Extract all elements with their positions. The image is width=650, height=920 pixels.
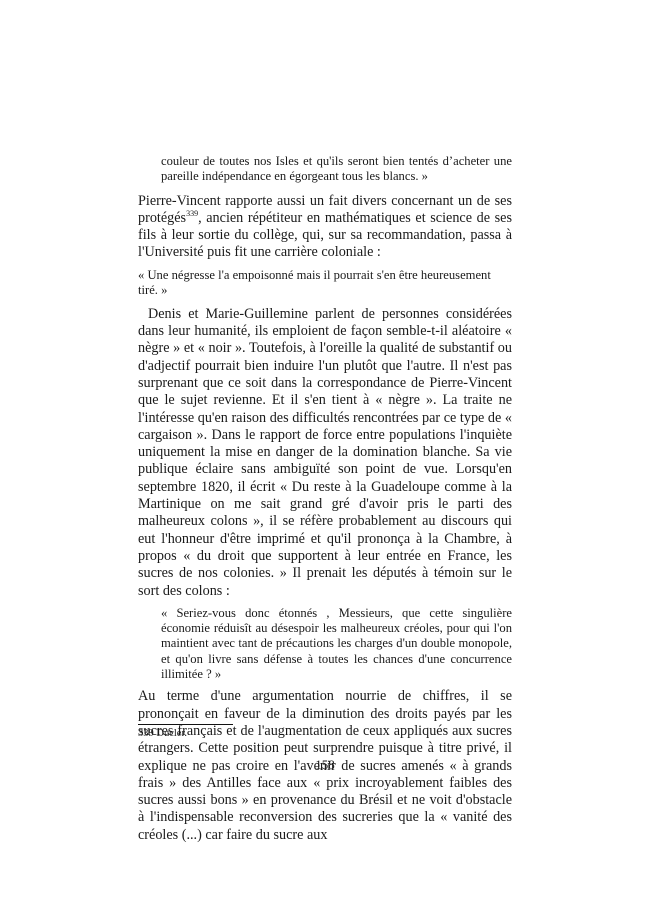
footnote-reference[interactable]: 339 (186, 209, 198, 218)
paragraph-denis-marie-guillemine: Denis et Marie-Guillemine parlent de per… (138, 306, 512, 600)
footnote-separator (138, 724, 233, 725)
paragraph-pierre-vincent: Pierre-Vincent rapporte aussi un fait di… (138, 193, 512, 262)
footnote-339: 339 Ducler. (138, 727, 187, 740)
page-body: couleur de toutes nos Isles et qu'ils se… (138, 154, 512, 844)
blockquote-continuation: couleur de toutes nos Isles et qu'ils se… (161, 154, 512, 185)
page-number: 158 (0, 757, 650, 773)
blockquote-seriez-vous: « Seriez-vous donc étonnés , Messieurs, … (161, 606, 512, 682)
short-quote: « Une négresse l'a empoisonné mais il po… (138, 268, 512, 298)
